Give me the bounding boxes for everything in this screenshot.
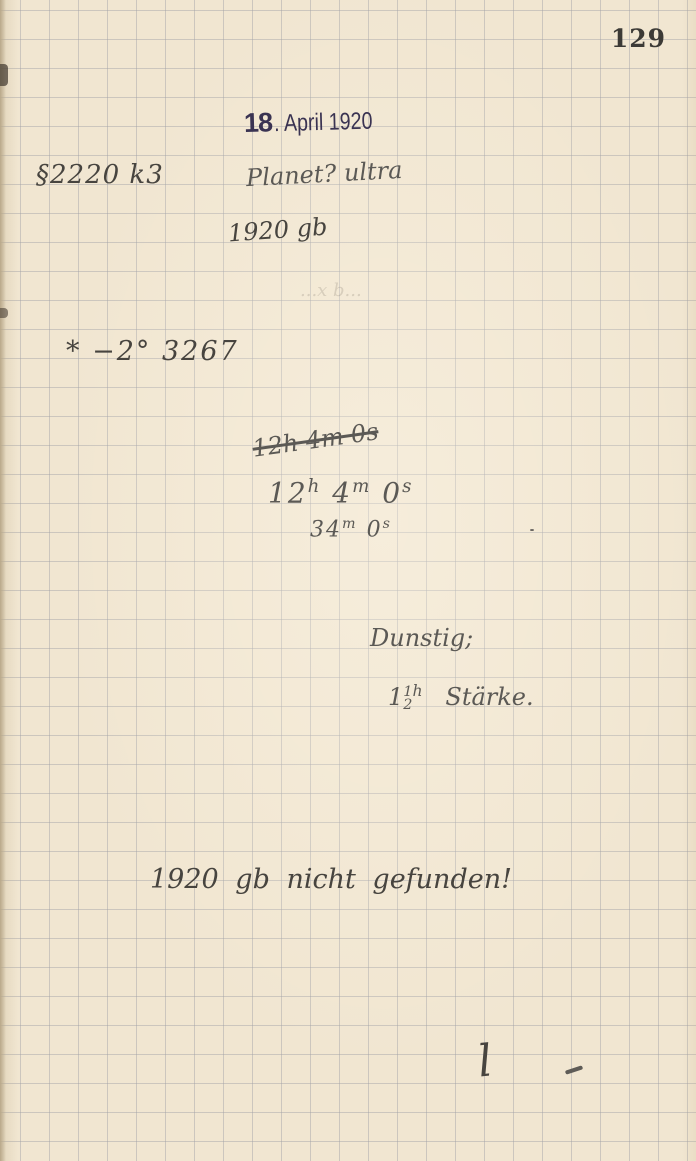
binding-mark (0, 64, 8, 86)
signature-dash (565, 1065, 583, 1074)
notebook-page: 129 18. April 1920 §2220 k3 Planet? ultr… (0, 0, 696, 1161)
crossed-out-time: 12h 4m 0s (251, 417, 381, 462)
star-reference: * −2° 3267 (66, 336, 239, 367)
ra-minutes-unit: m (352, 476, 371, 497)
right-ascension-time: 12h 4m 0s (268, 476, 413, 509)
date-stamp: 18. April 1920 (244, 104, 395, 139)
conclusion-note: 1920 gb nicht gefunden! (150, 864, 512, 895)
binding-edge (0, 0, 6, 1161)
ra-seconds: 0 (382, 476, 402, 509)
ra-hours: 12 (268, 476, 308, 509)
magnitude-unit: h (412, 682, 422, 700)
ra-minutes: 4 (332, 476, 352, 509)
ra-seconds-unit: s (402, 476, 413, 497)
catalog-reference: §2220 k3 (36, 160, 164, 190)
catalog-note: Planet? ultra (245, 156, 403, 192)
stamp-month-year: . April 1920 (274, 108, 373, 139)
offset-seconds-unit: s (383, 516, 392, 532)
stamp-day: 18 (244, 107, 273, 138)
bleed-through-text: ...x b... (300, 280, 362, 301)
offset-time: 34m 0s (310, 516, 392, 542)
weather-note: Dunstig; (370, 624, 473, 652)
offset-seconds: 0 (367, 517, 383, 542)
offset-minutes-unit: m (342, 516, 358, 532)
page-number: 129 (611, 24, 666, 53)
pencil-dot (530, 529, 534, 531)
magnitude-text: Stärke. (445, 683, 533, 711)
ra-hours-unit: h (308, 476, 322, 497)
binding-mark (0, 308, 8, 318)
offset-minutes: 34 (310, 517, 342, 542)
magnitude-whole: 1 (388, 683, 403, 711)
magnitude-note: 112h Stärke. (388, 682, 534, 711)
initial-signature: l (475, 1035, 494, 1087)
object-designation: 1920 gb (227, 213, 328, 248)
